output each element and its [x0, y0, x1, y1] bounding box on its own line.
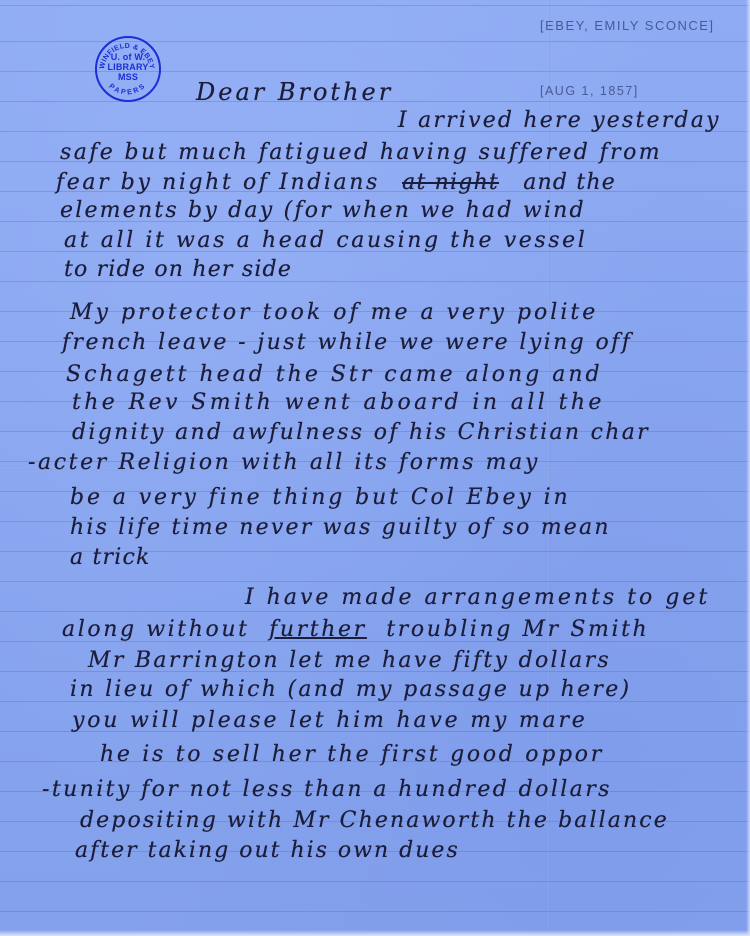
- letter-line-4: elements by day (for when we had wind: [60, 198, 586, 223]
- stamp-arc-bottom: PAPERS: [107, 81, 146, 96]
- letter-line-24: after taking out his own dues: [75, 838, 460, 863]
- letter-page: WINFIELD & EBEY PAPERS U. of W. LIBRARY …: [0, 0, 750, 936]
- letter-line-22: -tunity for not less than a hundred doll…: [42, 777, 612, 802]
- letter-line-11: dignity and awfulness of his Christian c…: [72, 420, 650, 445]
- svg-text:PAPERS: PAPERS: [107, 81, 146, 96]
- letter-line-19: in lieu of which (and my passage up here…: [70, 677, 631, 702]
- archivist-date-note: [AUG 1, 1857]: [540, 84, 639, 98]
- paper-right-edge: [746, 0, 750, 936]
- letter-line-3-end: and the: [523, 170, 616, 195]
- paper-bottom-edge: [0, 930, 750, 936]
- stamp-line-1: U. of W.: [97, 52, 159, 62]
- letter-line-7: My protector took of me a very polite: [70, 300, 598, 325]
- letter-line-9: Schagett head the Str came along and: [66, 362, 603, 387]
- letter-line-8: french leave - just while we were lying …: [62, 330, 632, 355]
- underlined-text: further: [269, 617, 367, 642]
- stamp-line-2: LIBRARY: [97, 62, 159, 72]
- letter-line-1: I arrived here yesterday: [398, 108, 721, 133]
- stamp-center: U. of W. LIBRARY MSS: [97, 52, 159, 82]
- archivist-author-note: [EBEY, EMILY SCONCE]: [540, 18, 715, 33]
- letter-line-15: a trick: [70, 545, 151, 570]
- letter-line-18: Mr Barrington let me have fifty dollars: [88, 648, 611, 673]
- letter-line-5: at all it was a head causing the vessel: [64, 228, 587, 253]
- letter-line-17-end: troubling Mr Smith: [386, 617, 649, 642]
- salutation: Dear Brother: [196, 78, 393, 106]
- letter-line-16: I have made arrangements to get: [245, 585, 710, 610]
- letter-line-13: be a very fine thing but Col Ebey in: [70, 485, 571, 510]
- letter-line-12: -acter Religion with all its forms may: [28, 450, 540, 475]
- letter-line-17-start: along without: [62, 617, 250, 642]
- letter-line-20: you will please let him have my mare: [72, 708, 588, 733]
- letter-line-21: he is to sell her the first good oppor: [100, 742, 604, 767]
- letter-line-6: to ride on her side: [64, 257, 292, 282]
- letter-line-23: depositing with Mr Chenaworth the ballan…: [80, 808, 669, 833]
- struck-text: at night: [402, 170, 499, 195]
- letter-line-2: safe but much fatigued having suffered f…: [60, 140, 662, 165]
- letter-line-3: fear by night of Indians at night and th…: [56, 170, 616, 195]
- letter-line-3-text: fear by night of Indians: [56, 170, 380, 195]
- library-stamp: WINFIELD & EBEY PAPERS U. of W. LIBRARY …: [95, 36, 161, 102]
- letter-line-14: his life time never was guilty of so mea…: [70, 515, 611, 540]
- stamp-line-3: MSS: [97, 72, 159, 82]
- letter-line-10: the Rev Smith went aboard in all the: [72, 390, 605, 415]
- letter-line-17: along without further troubling Mr Smith: [62, 617, 649, 642]
